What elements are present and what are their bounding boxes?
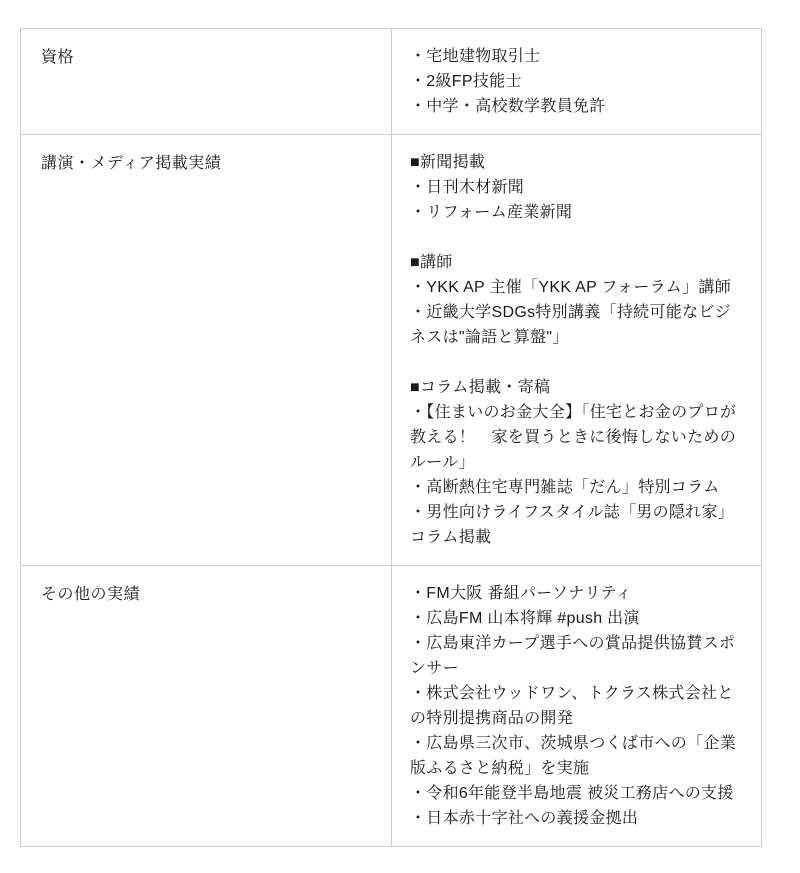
cell-line: ・広島FM 山本将輝 #push 出演 bbox=[410, 606, 743, 631]
cell-line: ・男性向けライフスタイル誌「男の隠れ家」コラム掲載 bbox=[410, 500, 743, 550]
profile-achievements-table: 資格 ・宅地建物取引士 ・2級FP技能士 ・中学・高校数学教員免許 講演・メディ… bbox=[20, 28, 762, 847]
cell-line: ・【住まいのお金大全】「住宅とお金のプロが教える！ 家を買うときに後悔しないため… bbox=[410, 400, 743, 475]
cell-line: ・株式会社ウッドワン、トクラス株式会社との特別提携商品の開発 bbox=[410, 681, 743, 731]
section-heading: ■新聞掲載 bbox=[410, 150, 743, 175]
section-heading: ■講師 bbox=[410, 250, 743, 275]
table-row-other: その他の実績 ・FM大阪 番組パーソナリティ ・広島FM 山本将輝 #push … bbox=[21, 565, 761, 846]
row-label-media: 講演・メディア掲載実績 bbox=[21, 135, 391, 565]
row-content-other: ・FM大阪 番組パーソナリティ ・広島FM 山本将輝 #push 出演 ・広島東… bbox=[391, 566, 761, 846]
cell-line: ・宅地建物取引士 bbox=[410, 44, 743, 69]
row-label-qualifications: 資格 bbox=[21, 29, 391, 134]
cell-line: ・FM大阪 番組パーソナリティ bbox=[410, 581, 743, 606]
cell-line: ・YKK AP 主催「YKK AP フォーラム」講師 bbox=[410, 275, 743, 300]
cell-line: ・近畿大学SDGs特別講義「持続可能なビジネスは"論語と算盤"」 bbox=[410, 300, 743, 350]
cell-line: ・中学・高校数学教員免許 bbox=[410, 94, 743, 119]
blank-line bbox=[410, 350, 743, 375]
row-content-qualifications: ・宅地建物取引士 ・2級FP技能士 ・中学・高校数学教員免許 bbox=[391, 29, 761, 134]
cell-line: ・令和6年能登半島地震 被災工務店への支援 bbox=[410, 781, 743, 806]
blank-line bbox=[410, 225, 743, 250]
row-label-other: その他の実績 bbox=[21, 566, 391, 846]
page-canvas: 資格 ・宅地建物取引士 ・2級FP技能士 ・中学・高校数学教員免許 講演・メディ… bbox=[0, 0, 800, 873]
cell-line: ・2級FP技能士 bbox=[410, 69, 743, 94]
cell-line: ・リフォーム産業新聞 bbox=[410, 200, 743, 225]
cell-line: ・高断熱住宅専門雑誌「だん」特別コラム bbox=[410, 475, 743, 500]
cell-line: ・広島県三次市、茨城県つくば市への「企業版ふるさと納税」を実施 bbox=[410, 731, 743, 781]
row-content-media: ■新聞掲載 ・日刊木材新聞 ・リフォーム産業新聞 ■講師 ・YKK AP 主催「… bbox=[391, 135, 761, 565]
cell-line: ・日本赤十字社への義援金拠出 bbox=[410, 806, 743, 831]
cell-line: ・日刊木材新聞 bbox=[410, 175, 743, 200]
cell-line: ・広島東洋カープ選手への賞品提供協賛スポンサー bbox=[410, 631, 743, 681]
section-heading: ■コラム掲載・寄稿 bbox=[410, 375, 743, 400]
table-row-media: 講演・メディア掲載実績 ■新聞掲載 ・日刊木材新聞 ・リフォーム産業新聞 ■講師… bbox=[21, 134, 761, 565]
table-row-qualifications: 資格 ・宅地建物取引士 ・2級FP技能士 ・中学・高校数学教員免許 bbox=[21, 29, 761, 134]
